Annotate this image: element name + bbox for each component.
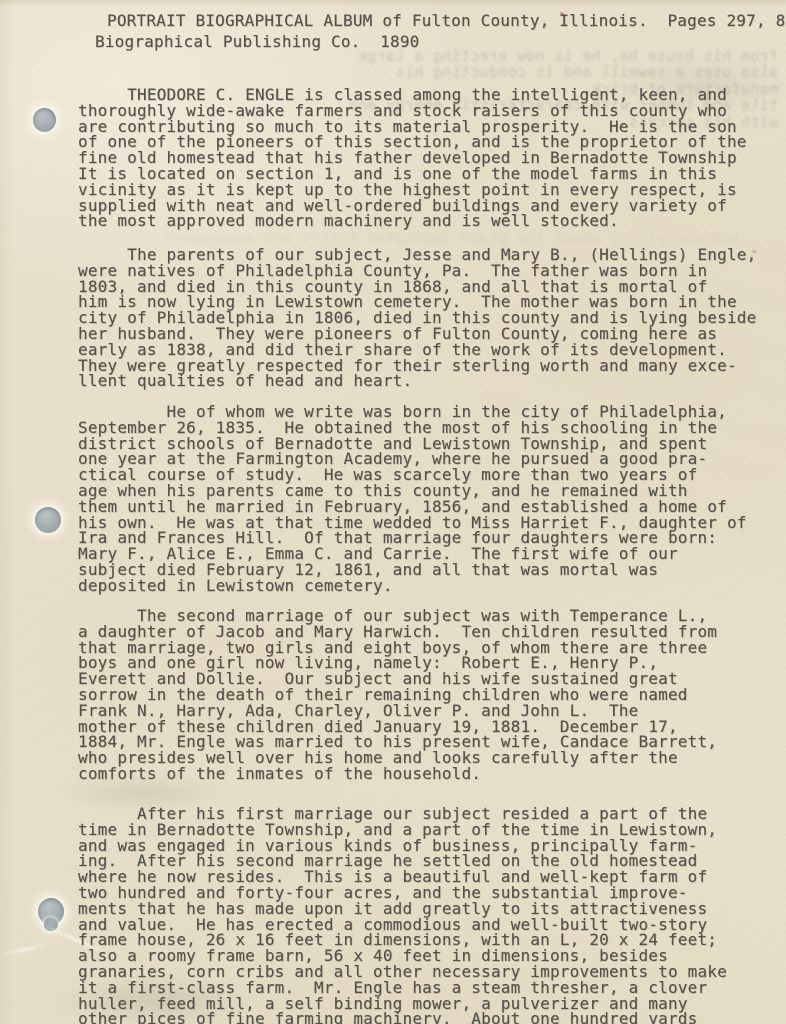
paragraph: The parents of our subject, Jesse and Ma… — [78, 247, 772, 389]
punch-hole — [33, 108, 56, 132]
scanned-page: from his house he, he is now erecting a … — [0, 0, 786, 1024]
bleedthrough-text: and everything about the place indicates… — [90, 230, 740, 246]
page-header-line1: PORTRAIT BIOGRAPHICAL ALBUM of Fulton Co… — [107, 13, 785, 29]
paragraph: THEODORE C. ENGLE is classed among the i… — [78, 87, 772, 229]
paragraph: The second marriage of our subject was w… — [78, 608, 772, 782]
page-header-line2: Biographical Publishing Co. 1890 — [95, 34, 419, 50]
paper-crease — [0, 943, 50, 956]
paragraph: After his first marriage our subject res… — [78, 806, 772, 1024]
paragraph: He of whom we write was born in the city… — [78, 404, 772, 594]
punch-hole — [35, 507, 61, 533]
